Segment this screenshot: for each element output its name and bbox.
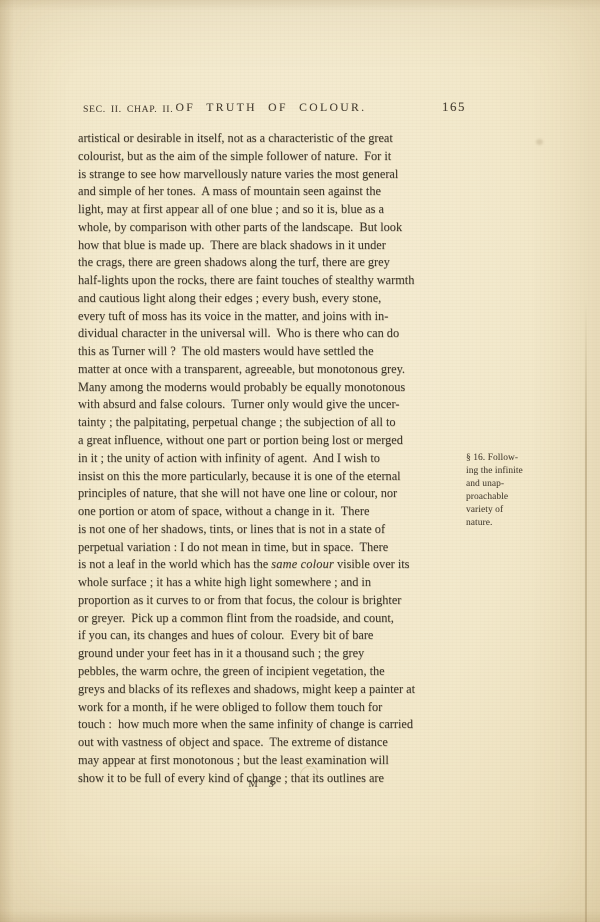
text-line: is strange to see how marvellously natur… <box>78 166 464 184</box>
margin-note-line: ing the infinite <box>466 465 542 478</box>
text-line: and cautious light along their edges ; e… <box>78 290 464 308</box>
book-page-scan: SEC. II. CHAP. II. OF TRUTH OF COLOUR. 1… <box>0 0 600 922</box>
margin-note-line: nature. <box>466 517 542 530</box>
text-line: and simple of her tones. A mass of mount… <box>78 183 464 201</box>
page-right-edge-shadow <box>585 300 587 922</box>
text-line: colourist, but as the aim of the simple … <box>78 148 464 166</box>
text-line: touch : how much more when the same infi… <box>78 716 464 734</box>
text-line: insist on this the more particularly, be… <box>78 468 464 486</box>
text-line: pebbles, the warm ochre, the green of in… <box>78 663 464 681</box>
text-line: Many among the moderns would probably be… <box>78 379 464 397</box>
text-line: greys and blacks of its reflexes and sha… <box>78 681 464 699</box>
text-line: in it ; the unity of action with infinit… <box>78 450 464 468</box>
text-line: ground under your feet has in it a thous… <box>78 645 464 663</box>
text-line: proportion as it curves to or from that … <box>78 592 464 610</box>
paper-stain <box>536 139 543 145</box>
text-line: out with vastness of object and space. T… <box>78 734 464 752</box>
text-line: one portion or atom of space, without a … <box>78 503 464 521</box>
text-line: is not one of her shadows, tints, or lin… <box>78 521 464 539</box>
text-line: matter at once with a transparent, agree… <box>78 361 464 379</box>
text-line: whole, by comparison with other parts of… <box>78 219 464 237</box>
text-line: the crags, there are green shadows along… <box>78 254 464 272</box>
margin-note-line: variety of <box>466 504 542 517</box>
text-line: may appear at first monotonous ; but the… <box>78 752 464 770</box>
printer-signature: M 3 <box>78 779 448 790</box>
text-line: half-lights upon the rocks, there are fa… <box>78 272 464 290</box>
text-line: principles of nature, that she will not … <box>78 485 464 503</box>
text-line: if you can, its changes and hues of colo… <box>78 627 464 645</box>
page-left-shadow <box>0 0 14 922</box>
text-line: this as Turner will ? The old masters wo… <box>78 343 464 361</box>
text-line: a great influence, without one part or p… <box>78 432 464 450</box>
text-line: light, may at first appear all of one bl… <box>78 201 464 219</box>
page-top-shadow <box>0 0 600 10</box>
text-line: every tuft of moss has its voice in the … <box>78 308 464 326</box>
text-line: work for a month, if he were obliged to … <box>78 699 464 717</box>
margin-note: § 16. Follow-ing the infiniteand unap-pr… <box>466 452 542 531</box>
page-bottom-shadow <box>0 910 600 922</box>
running-head-title: OF TRUTH OF COLOUR. <box>78 101 464 114</box>
text-line: tainty ; the palpitating, perpetual chan… <box>78 414 464 432</box>
text-line: or greyer. Pick up a common flint from t… <box>78 610 464 628</box>
margin-note-line: proachable <box>466 491 542 504</box>
margin-note-line: § 16. Follow- <box>466 452 542 465</box>
text-line: perpetual variation : I do not mean in t… <box>78 539 464 557</box>
text-line: with absurd and false colours. Turner on… <box>78 396 464 414</box>
text-line: dividual character in the universal will… <box>78 325 464 343</box>
text-line: whole surface ; it has a white high ligh… <box>78 574 464 592</box>
text-line: is not a leaf in the world which has the… <box>78 556 464 574</box>
text-line: how that blue is made up. There are blac… <box>78 237 464 255</box>
text-line: artistical or desirable in itself, not a… <box>78 130 464 148</box>
body-text: artistical or desirable in itself, not a… <box>78 130 464 787</box>
page-number: 165 <box>442 100 466 115</box>
margin-note-line: and unap- <box>466 478 542 491</box>
